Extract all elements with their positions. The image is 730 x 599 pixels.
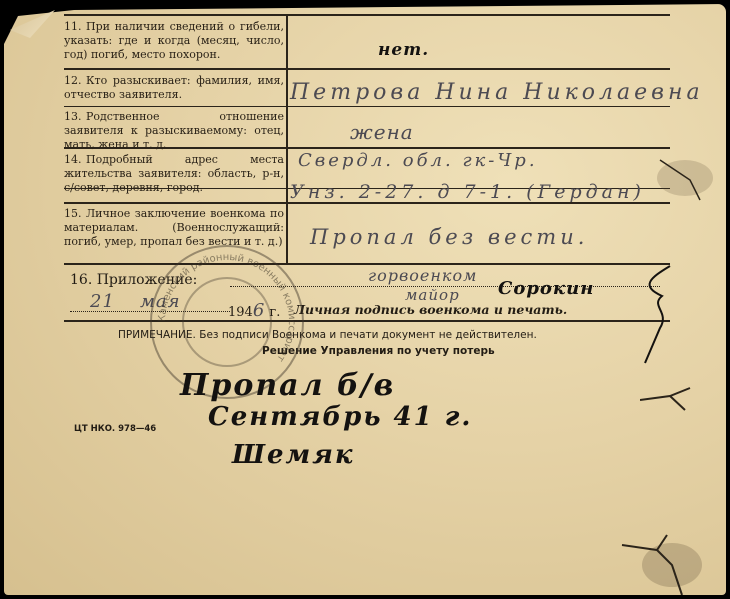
pencil-flourish (640, 258, 700, 368)
svg-text:Каменский районный военный ком: Каменский районный военный комиссариат (157, 252, 297, 364)
field-12-value: Петрова Нина Николаевна (290, 80, 704, 105)
field-text: Кто разыскивает: фамилия, имя, отчество … (64, 74, 284, 101)
row-divider (64, 14, 670, 16)
decision-signature: Шемяк (232, 440, 355, 470)
field-14-value-line2: Унз. 2-27. д 7-1. (Гердан) (290, 181, 645, 203)
field-number: 15. (64, 207, 86, 221)
decision-line1: Пропал б/в (180, 368, 395, 403)
field-number: 14. (64, 153, 86, 167)
field-text: Родственное отношение заявителя к разыск… (64, 110, 284, 151)
field-12-label: 12.Кто разыскивает: фамилия, имя, отчест… (64, 74, 284, 102)
field-number: 11. (64, 20, 86, 34)
field-text: При наличии сведений о гибели, указать: … (64, 20, 284, 61)
field-number: 13. (64, 110, 86, 124)
attachment-number: 16. (70, 272, 92, 288)
field-13-value: жена (350, 120, 414, 144)
field-text: Личное заключение военкома по материалам… (64, 207, 284, 248)
attachment-value-line1: горвоенком (368, 266, 477, 285)
paper-tear (612, 525, 722, 595)
paper-tear (640, 380, 720, 420)
field-15-label: 15.Личное заключение военкома по материа… (64, 207, 284, 249)
field-text: Подробный адрес места жительства заявите… (64, 153, 284, 194)
field-number: 12. (64, 74, 86, 88)
field-11-label: 11.При наличии сведений о гибели, указат… (64, 20, 284, 62)
signature-caption: Личная подпись военкома и печать. (294, 302, 567, 317)
decision-line2: Сентябрь 41 г. (208, 402, 472, 432)
field-14-value-line1: Свердл. обл. гк-Чр. (298, 150, 538, 171)
paper-stain (640, 150, 720, 210)
column-divider (286, 14, 288, 264)
attachment-value-line3: Сорокин (498, 278, 594, 299)
row-divider (64, 68, 670, 70)
field-14-label: 14.Подробный адрес места жительства заяв… (64, 153, 284, 195)
field-11-value: нет. (378, 40, 429, 60)
field-13-label: 13.Родственное отношение заявителя к раз… (64, 110, 284, 152)
field-15-value: Пропал без вести. (310, 225, 588, 249)
date-day: 21 (90, 291, 115, 312)
form-code: ЦТ НКО. 978—46 (74, 424, 156, 434)
row-divider (64, 106, 670, 107)
